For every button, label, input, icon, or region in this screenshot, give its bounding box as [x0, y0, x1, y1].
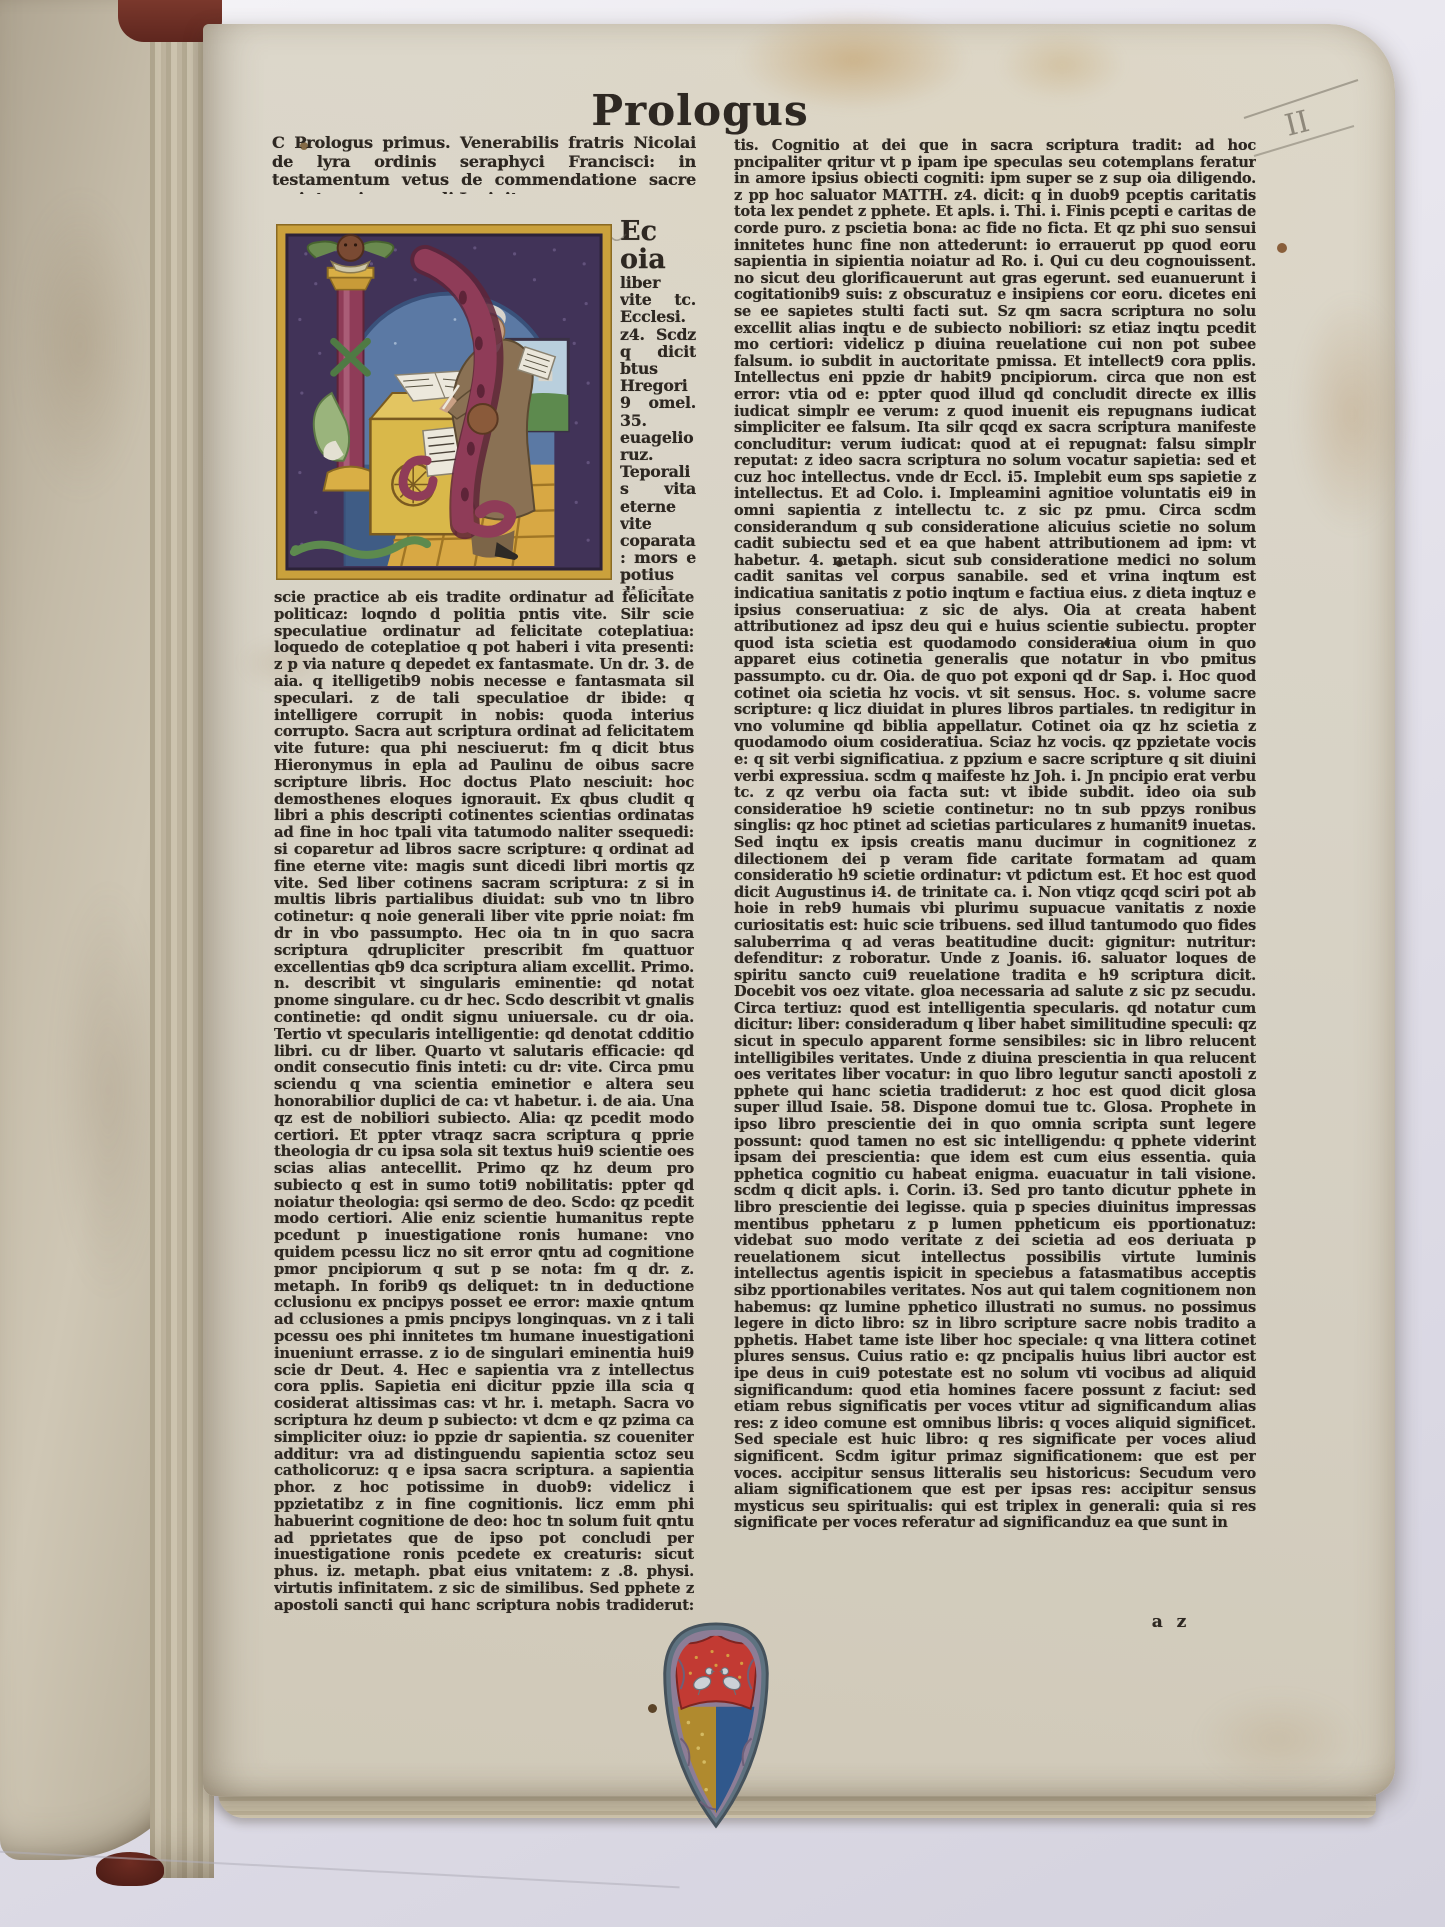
dragon-head [468, 404, 498, 434]
quire-signature: a z [1126, 1612, 1216, 1634]
right-text-column: tis. Cognitio at dei que in sacra script… [734, 138, 1256, 1616]
folio-number-text: II [1281, 104, 1312, 144]
folio-number-annotation: II [1236, 44, 1386, 164]
prologue-heading: Prologus [540, 88, 860, 140]
photo-of-incunable: II Prologus C Prologus primus. Venerabil… [0, 0, 1445, 1927]
historiated-initial-miniature [276, 224, 612, 580]
left-text-column: scie practice ab eis tradite ordinatur a… [274, 590, 694, 1614]
armorial-shield [656, 1620, 776, 1832]
initial-column-body: liber vite tc. Ecclesi. z4. Scdz q dicit… [620, 273, 696, 590]
initial-text-column: Ec oia liber vite tc. Ecclesi. z4. Scdz … [620, 218, 696, 590]
incipit-paragraph: C Prologus primus. Venerabilis fratris N… [272, 134, 696, 194]
